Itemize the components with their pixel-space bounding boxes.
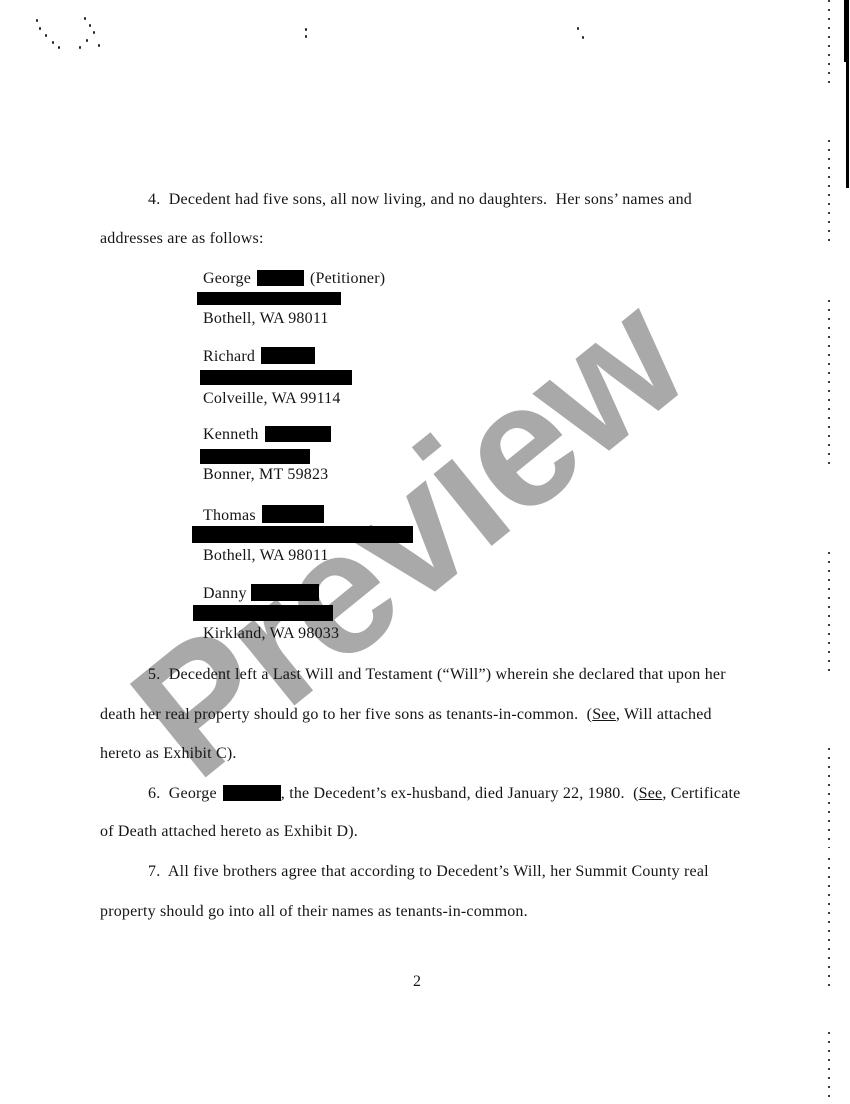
son-kenneth-name-line: Kenneth	[203, 425, 331, 444]
dotted-margin-line	[828, 140, 830, 242]
son-thomas-city-line: Bothell, WA 98011	[203, 546, 329, 565]
redacted-name-box	[262, 505, 324, 523]
paragraph-5-line-2: death her real property should go to her…	[100, 705, 712, 724]
dotted-margin-line	[828, 748, 830, 848]
paragraph-5-line-1: 5. Decedent left a Last Will and Testame…	[148, 665, 726, 684]
redacted-address-bar	[193, 605, 333, 621]
son-danny-name-line: Danny	[203, 584, 319, 603]
redacted-address-bar	[200, 449, 310, 464]
son-danny-city-line: Kirkland, WA 98033	[203, 624, 339, 643]
scan-edge-line	[844, 0, 849, 62]
son-first-name: Thomas	[203, 507, 256, 524]
son-george-name-line: George(Petitioner)	[203, 269, 385, 288]
scanned-legal-document-page: Preview 4. Decedent had five sons, all n…	[0, 0, 850, 1104]
dotted-margin-line	[828, 1032, 830, 1104]
paragraph-4-line-2: addresses are as follows:	[100, 229, 264, 248]
petitioner-note: (Petitioner)	[310, 270, 385, 287]
redacted-name-box	[251, 584, 319, 601]
redacted-name-box	[265, 426, 331, 442]
dotted-margin-line	[828, 300, 830, 468]
son-george-city-line: Bothell, WA 98011	[203, 309, 329, 328]
son-first-name: Richard	[203, 348, 255, 365]
redacted-address-bar	[197, 292, 341, 305]
son-first-name: Kenneth	[203, 426, 259, 443]
paragraph-6-line-2: of Death attached hereto as Exhibit D).	[100, 822, 358, 841]
redacted-name-box	[257, 270, 304, 286]
paragraph-7-line-1: 7. All five brothers agree that accordin…	[148, 862, 709, 881]
see-citation: See	[592, 706, 616, 723]
paragraph-4-line-1: 4. Decedent had five sons, all now livin…	[148, 190, 692, 209]
dotted-margin-line	[828, 0, 830, 88]
dotted-margin-line	[828, 552, 830, 672]
redacted-name-box	[223, 785, 281, 801]
page-number: 2	[413, 972, 421, 991]
son-richard-name-line: Richard	[203, 347, 315, 366]
son-thomas-name-line: Thomas	[203, 505, 324, 525]
paragraph-6-line-1: 6. George, the Decedent’s ex-husband, di…	[148, 784, 740, 803]
son-kenneth-city-line: Bonner, MT 59823	[203, 465, 328, 484]
scan-edge-line	[846, 62, 849, 188]
paragraph-5-line-3: hereto as Exhibit C).	[100, 744, 237, 763]
paragraph-7-line-2: property should go into all of their nam…	[100, 902, 528, 921]
son-first-name: George	[203, 270, 251, 287]
son-richard-city-line: Colveille, WA 99114	[203, 389, 341, 408]
dotted-margin-line	[828, 858, 830, 988]
son-first-name: Danny	[203, 585, 247, 602]
redacted-address-bar	[192, 526, 413, 543]
redacted-name-box	[261, 347, 315, 364]
redacted-address-bar	[200, 370, 352, 385]
see-citation: See	[639, 785, 663, 802]
